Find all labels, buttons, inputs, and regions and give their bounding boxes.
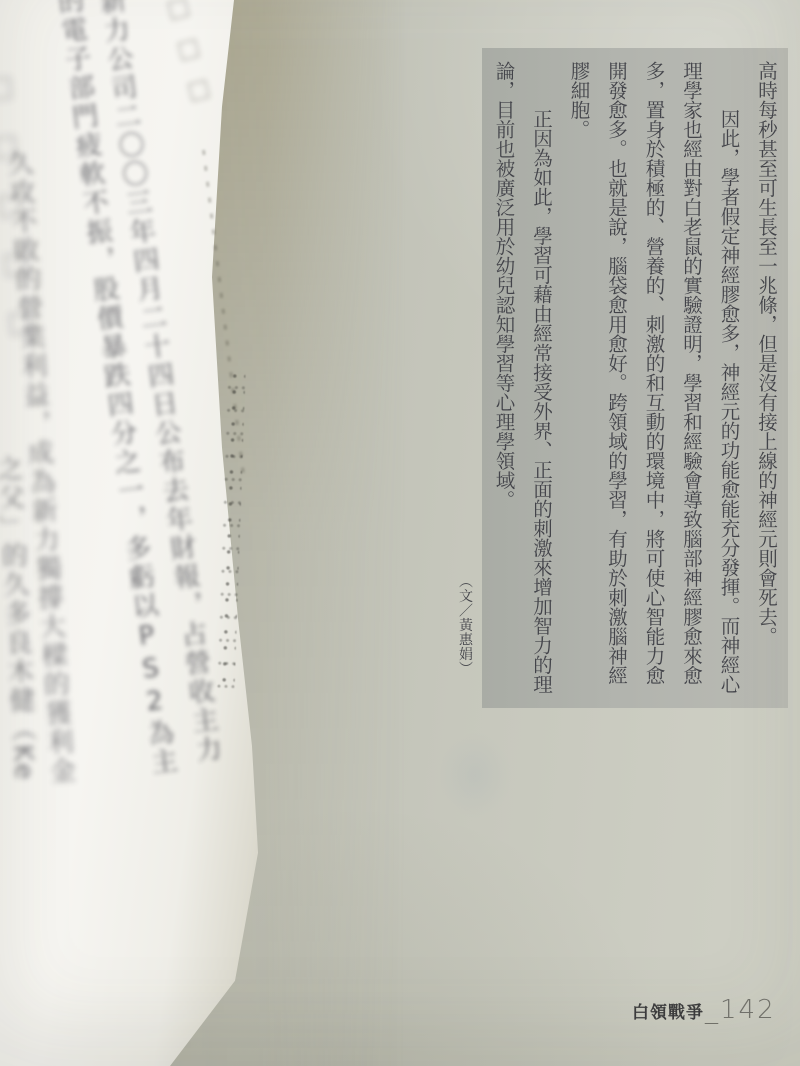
article-column: 高時每秒甚至可生長至一兆條，但是沒有接上線的神經元則會死去。 [757, 61, 777, 698]
author-byline: （文／黃惠娟） [458, 574, 472, 676]
article-column: 因此，學者假定神經膠愈多，神經元的功能愈能充分發揮。而神經心 [719, 109, 739, 698]
article-column: 理學家也經由對白老鼠的實驗證明，學習和經驗會導致腦部神經膠愈來愈 [682, 61, 702, 698]
article-column: 膠細胞。 [569, 61, 589, 698]
page-number: _142 [705, 995, 776, 1025]
paper-smudge [425, 715, 525, 835]
book-title: 白領戰爭 [632, 998, 704, 1023]
book-photo: 高時每秒甚至可生長至一兆條，但是沒有接上線的神經元則會死去。 因此，學者假定神經… [0, 0, 800, 1066]
article-column: 論，目前也被廣泛用於幼兒認知學習等心理學領域。 [494, 61, 514, 698]
article-column: 正因為如此，學習可藉由經常接受外界、正面的刺激來增加智力的理 [532, 109, 552, 698]
article-box: 高時每秒甚至可生長至一兆條，但是沒有接上線的神經元則會死去。 因此，學者假定神經… [482, 48, 788, 708]
article-column: 多，置身於積極的、營養的、刺激的和互動的環境中，將可使心智能力愈 [644, 61, 664, 698]
page-footer: 白領戰爭_142 [632, 995, 776, 1025]
article-column: 開發愈多。也就是說，腦袋愈用愈好。跨領域的學習，有助於刺激腦神經 [607, 61, 627, 698]
